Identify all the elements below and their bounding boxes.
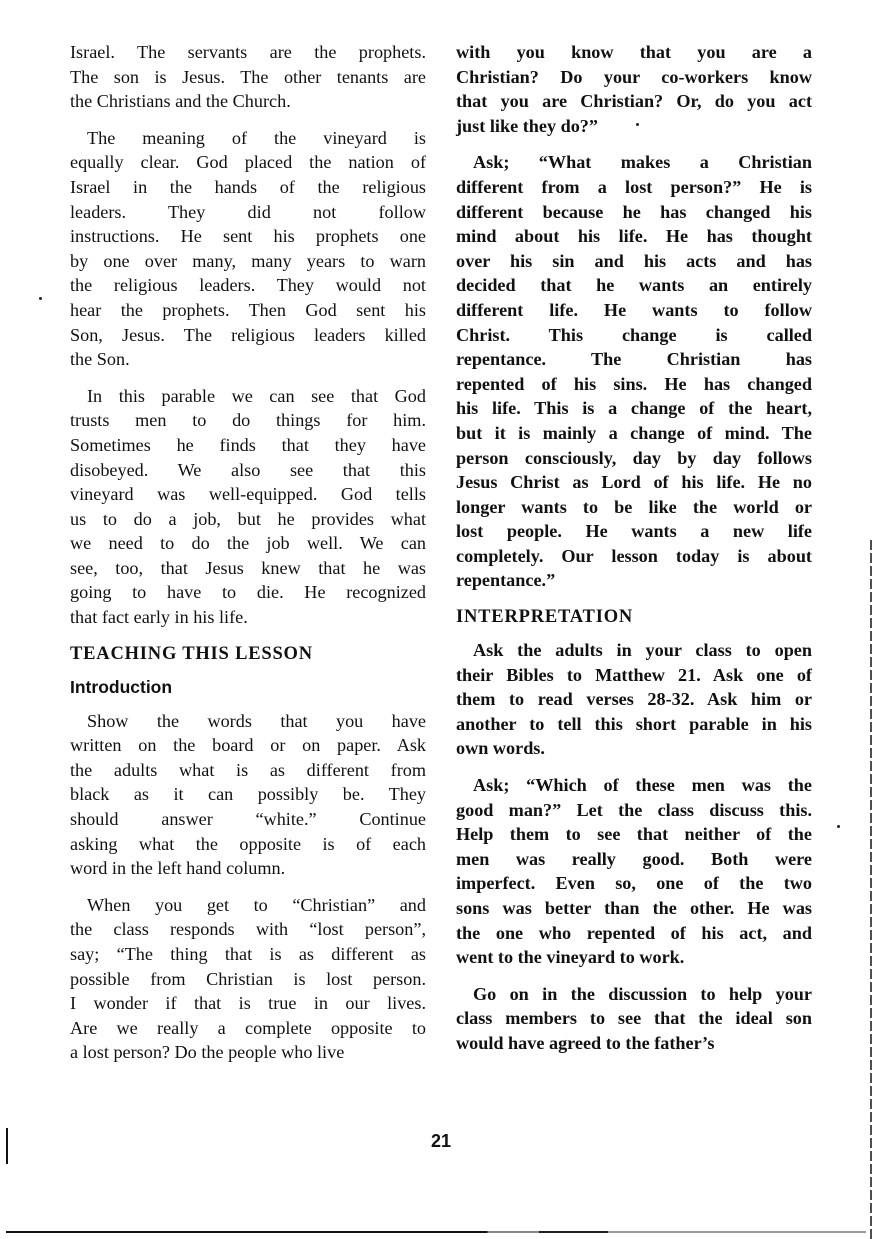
scan-speck [837,825,840,828]
text-line: Show the words that you have [70,709,426,734]
text-line: Christ. This change is called [456,323,812,348]
scan-speck [39,297,42,300]
text-line: The meaning of the vineyard is [70,126,426,151]
text-line: Ask; “What makes a Christian [456,150,812,175]
text-line: that you are Christian? Or, do you act [456,89,812,114]
scan-bottom-edge [6,1231,866,1233]
text-line: Go on in the discussion to help your [456,982,812,1007]
text-line: different from a lost person?” He is [456,175,812,200]
text-line: their Bibles to Matthew 21. Ask one of [456,663,812,688]
paragraph-tenants: Israel. The servants are the prophets.Th… [70,40,426,114]
text-line: that fact early in his life. [70,605,426,630]
text-line: Christian? Do your co-workers know [456,65,812,90]
text-line: person consciously, day by day follows [456,446,812,471]
paragraph-what-makes-christian: Ask; “What makes a Christiandifferent fr… [456,150,812,593]
text-line: word in the left hand column. [70,856,426,881]
text-line: over his sin and his acts and has [456,249,812,274]
text-line: Jesus Christ as Lord of his life. He no [456,470,812,495]
paragraph-ideal-son: Go on in the discussion to help yourclas… [456,982,812,1056]
text-line: say; “The thing that is as different as [70,942,426,967]
paragraph-matthew-21: Ask the adults in your class to openthei… [456,638,812,761]
text-line: instructions. He sent his prophets one [70,224,426,249]
scan-speck [636,123,639,126]
paragraph-show-words: Show the words that you havewritten on t… [70,709,426,881]
text-line: different because he has changed his [456,200,812,225]
left-column: Israel. The servants are the prophets.Th… [70,40,426,1077]
text-line: his life. This is a change of the heart, [456,396,812,421]
text-line: another to tell this short parable in hi… [456,712,812,737]
text-line: Ask the adults in your class to open [456,638,812,663]
text-line: disobeyed. We also see that this [70,458,426,483]
text-line: Are we really a complete opposite to [70,1016,426,1041]
text-line: the class responds with “lost person”, [70,917,426,942]
text-line: The son is Jesus. The other tenants are [70,65,426,90]
right-column: with you know that you are aChristian? D… [456,40,812,1068]
text-line: When you get to “Christian” and [70,893,426,918]
text-line: men was really good. Both were [456,847,812,872]
text-line: would have agreed to the father’s [456,1031,812,1056]
text-line: black as it can possibly be. They [70,782,426,807]
subheading-introduction: Introduction [70,675,426,699]
text-line: longer wants to be like the world or [456,495,812,520]
text-line: imperfect. Even so, one of the two [456,871,812,896]
text-line: I wonder if that is true in our lives. [70,991,426,1016]
text-line: mind about his life. He has thought [456,224,812,249]
text-line: with you know that you are a [456,40,812,65]
text-line: the adults what is as different from [70,758,426,783]
text-line: the Christians and the Church. [70,89,426,114]
text-line: a lost person? Do the people who live [70,1040,426,1065]
text-line: asking what the opposite is of each [70,832,426,857]
text-line: by one over many, many years to warn [70,249,426,274]
text-line: repentance.” [456,568,812,593]
text-line: decided that he wants an entirely [456,273,812,298]
paragraph-vineyard-meaning: The meaning of the vineyard isequally cl… [70,126,426,372]
text-line: went to the vineyard to work. [456,945,812,970]
text-line: we need to do the job well. We can [70,531,426,556]
text-line: class members to see that the ideal son [456,1006,812,1031]
text-line: just like they do?” [456,114,812,139]
text-line: own words. [456,736,812,761]
text-line: Help them to see that neither of the [456,822,812,847]
text-line: In this parable we can see that God [70,384,426,409]
text-line: Ask; “Which of these men was the [456,773,812,798]
text-line: Israel in the hands of the religious [70,175,426,200]
text-line: equally clear. God placed the nation of [70,150,426,175]
text-line: Son, Jesus. The religious leaders killed [70,323,426,348]
text-line: repented of his sins. He has changed [456,372,812,397]
section-heading-interpretation: INTERPRETATION [456,605,812,629]
text-line: them to read verses 28-32. Ask him or [456,687,812,712]
text-line: Israel. The servants are the prophets. [70,40,426,65]
text-line: should answer “white.” Continue [70,807,426,832]
text-line: completely. Our lesson today is about [456,544,812,569]
scan-margin-mark [6,1128,8,1164]
text-line: Sometimes he finds that they have [70,433,426,458]
text-line: the Son. [70,347,426,372]
text-line: the one who repented of his act, and [456,921,812,946]
text-line: sons was better than the other. He was [456,896,812,921]
text-line: lost people. He wants a new life [456,519,812,544]
paragraph-parable-lessons: In this parable we can see that Godtrust… [70,384,426,630]
paragraph-christian-lost-person: When you get to “Christian” andthe class… [70,893,426,1065]
text-line: trusts men to do things for him. [70,408,426,433]
text-line: but it is mainly a change of mind. The [456,421,812,446]
paragraph-good-man: Ask; “Which of these men was thegood man… [456,773,812,970]
text-line: good man?” Let the class discuss this. [456,798,812,823]
text-line: possible from Christian is lost person. [70,967,426,992]
text-line: going to have to die. He recognized [70,580,426,605]
page-number: 21 [431,1131,451,1152]
paragraph-coworkers: with you know that you are aChristian? D… [456,40,812,138]
text-line: vineyard was well-equipped. God tells [70,482,426,507]
text-line: repentance. The Christian has [456,347,812,372]
text-line: hear the prophets. Then God sent his [70,298,426,323]
text-line: see, too, that Jesus knew that he was [70,556,426,581]
text-line: leaders. They did not follow [70,200,426,225]
text-line: written on the board or on paper. Ask [70,733,426,758]
text-line: different life. He wants to follow [456,298,812,323]
text-line: us to do a job, but he provides what [70,507,426,532]
text-line: the religious leaders. They would not [70,273,426,298]
section-heading-teaching: TEACHING THIS LESSON [70,642,426,666]
